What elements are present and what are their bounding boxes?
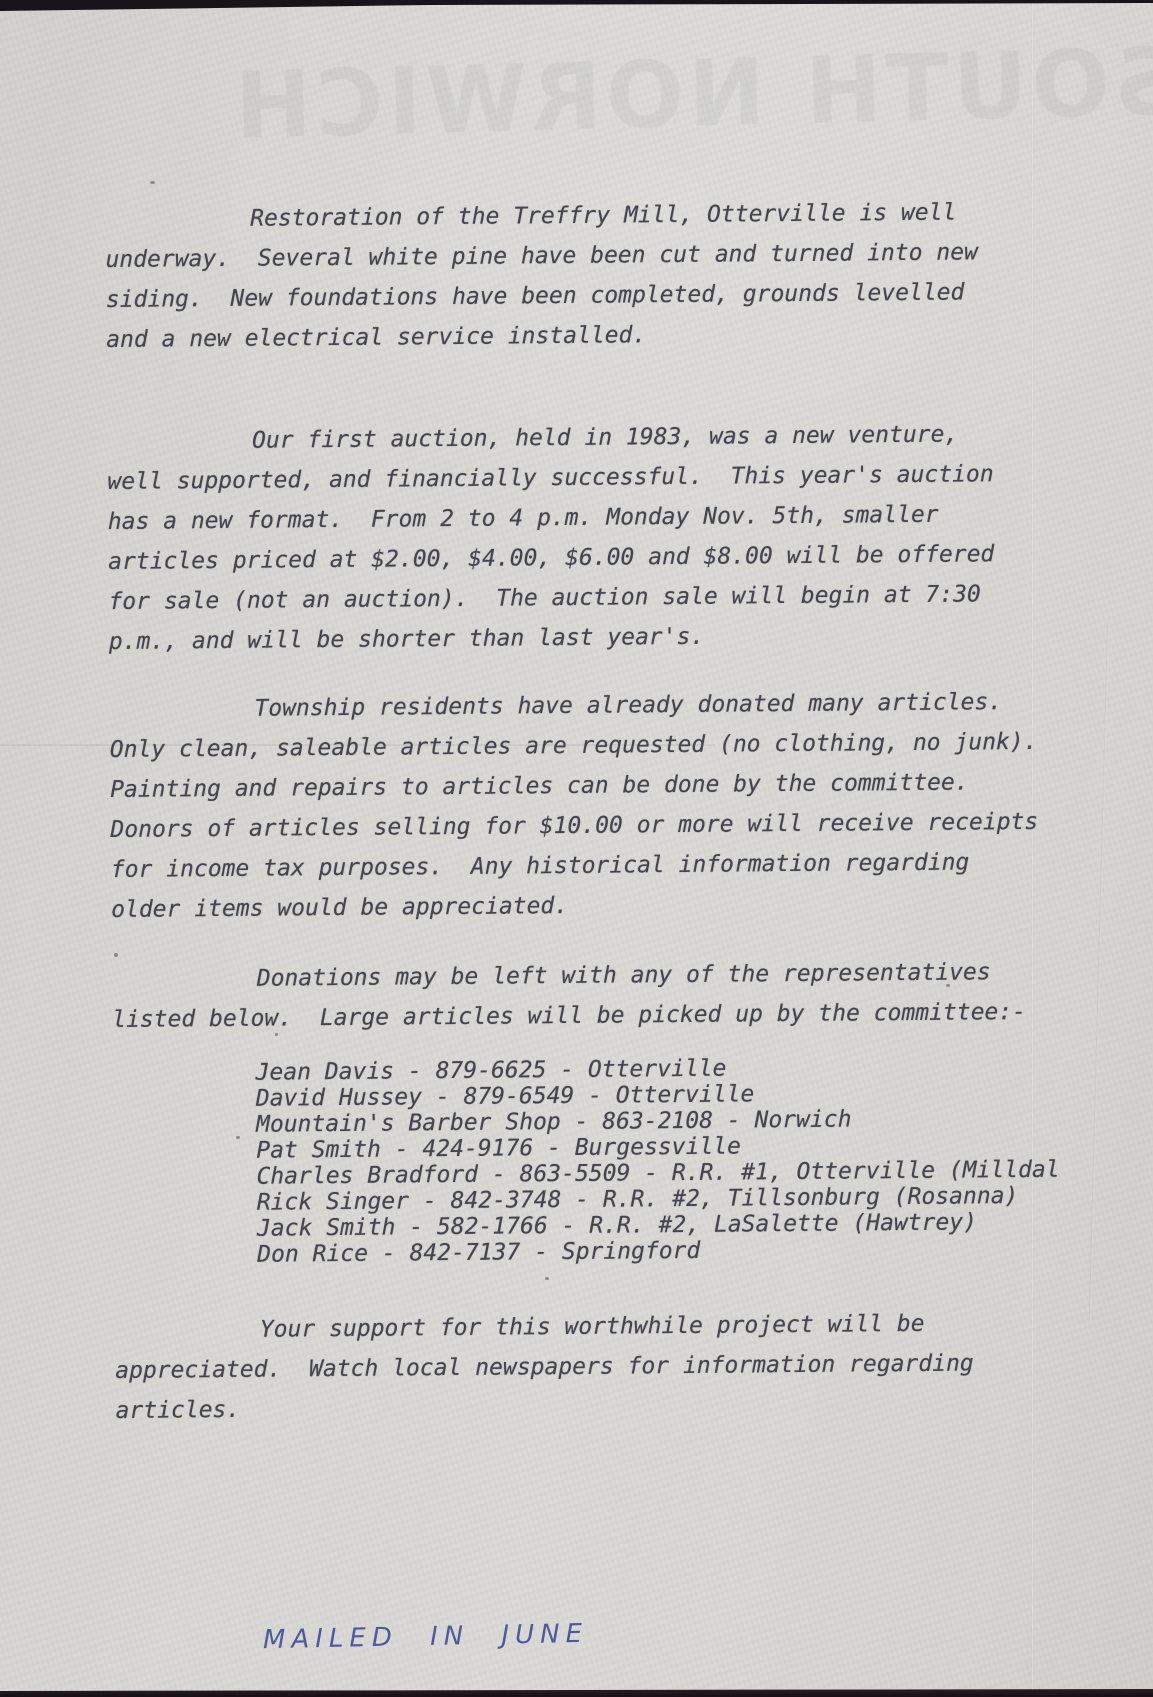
paper-crease-diagonal	[1089, 620, 1109, 1320]
text-line: appreciated. Watch local newspapers for …	[115, 1343, 974, 1390]
text-line: siding. New foundations have been comple…	[106, 272, 979, 320]
text-line: listed below. Large articles will be pic…	[112, 992, 1026, 1040]
text-line: and a new electrical service installed.	[106, 312, 979, 360]
paper-speck	[545, 1277, 549, 1280]
paper-speck	[946, 984, 950, 987]
text-line: older items would be appreciated.	[111, 882, 1039, 930]
paragraph-closing: Your support for this worthwhile project…	[115, 1303, 975, 1430]
paragraph-restoration: Restoration of the Treffry Mill, Ottervi…	[105, 192, 979, 360]
bleed-through-text: SOUTH NORWICH	[419, 28, 1153, 155]
text-line: for sale (not an auction). The auction s…	[108, 574, 995, 622]
representatives-list: Jean Davis - 879-6625 - Otterville David…	[256, 1053, 1061, 1268]
paragraph-auction: Our first auction, held in 1983, was a n…	[107, 414, 995, 662]
paper-speck	[236, 1136, 240, 1139]
scan-edge-bottom	[0, 1688, 1153, 1697]
paragraph-donations: Donations may be left with any of the re…	[112, 952, 1027, 1040]
typed-letter-body: Restoration of the Treffry Mill, Ottervi…	[105, 190, 1153, 200]
paragraph-donated-articles: Township residents have already donated …	[109, 682, 1039, 930]
text-line: for income tax purposes. Any historical …	[111, 842, 1039, 890]
text-line: articles.	[115, 1383, 974, 1430]
scan-edge-top	[0, 0, 1153, 12]
paper-speck	[275, 1033, 278, 1036]
scanned-newsletter-page: SOUTH NORWICH Restoration of the Treffry…	[0, 0, 1153, 1697]
handwritten-note: MAILED IN JUNE	[263, 1619, 589, 1655]
paper-speck	[114, 953, 118, 957]
text-line: p.m., and will be shorter than last year…	[109, 614, 996, 662]
paper-speck	[150, 181, 155, 184]
